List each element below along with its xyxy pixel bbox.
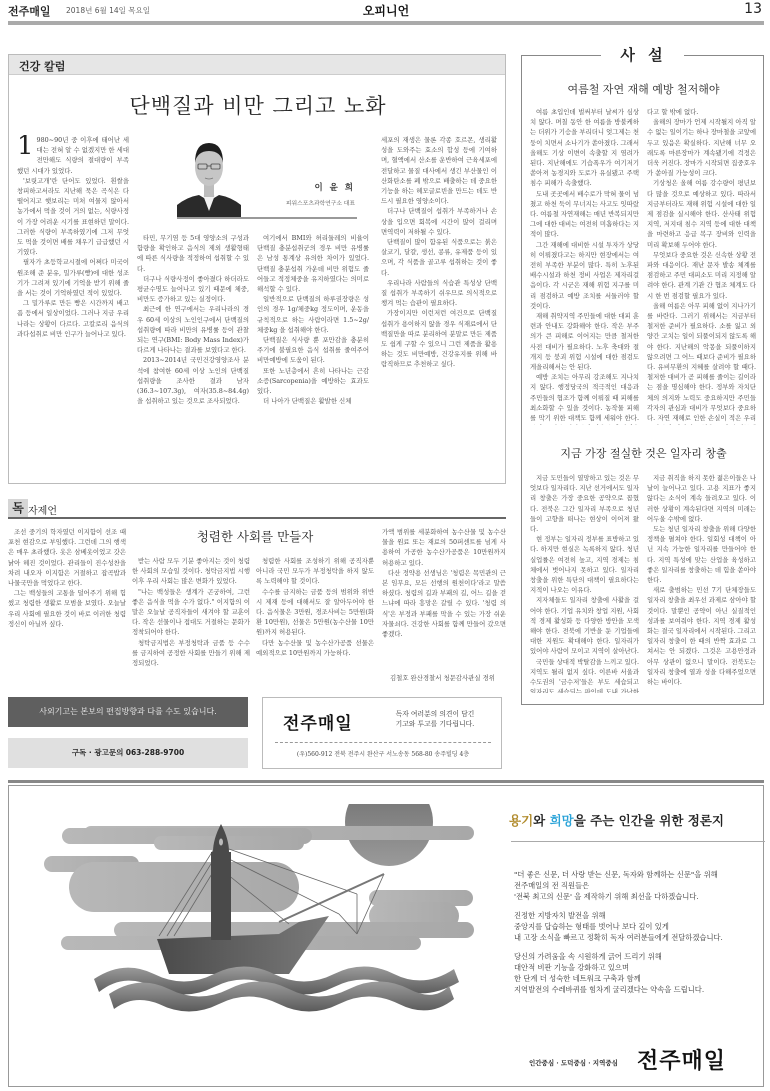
- ad-paragraph-1: "더 좋은 신문, 더 사랑 받는 신문, 독자와 함께하는 신문"을 위해 전…: [514, 869, 762, 902]
- ship-illustration: [39, 804, 499, 1034]
- contribution-divider: [275, 742, 491, 743]
- slogan-courage: 용기: [509, 813, 533, 828]
- contribution-logo: 전주매일: [283, 709, 353, 734]
- slogan-hope: 희망: [550, 813, 574, 828]
- contribution-message: 독자 여러분의 의견이 담긴 기고와 투고를 기다립니다.: [375, 709, 495, 729]
- reader-text-column-2: 받는 사람 모두 기분 좋아지는 것이 청렴한 사회의 모습일 것이다. 청탁금…: [132, 556, 250, 686]
- health-column: 건강 칼럼 단백질과 비만 그리고 노화 이 윤 희 피워스포츠과학연구소 대표…: [8, 54, 506, 484]
- ad-tagline: 인간중심 · 도덕중심 · 지역중심: [529, 1058, 618, 1067]
- ad-logo: 전주매일: [637, 1044, 726, 1075]
- page-number: 13: [744, 1, 762, 17]
- editorial-title-2: 지금 가장 절실한 것은 일자리 창출: [522, 445, 765, 461]
- reader-text-column-1: 조선 중기의 학자였던 이지함이 선조 때 포천 현감으로 부임했다. 그런데 …: [8, 527, 126, 687]
- masthead: 전주매일 2018년 6월 14일 목요일 오피니언 13: [8, 0, 764, 22]
- editorial-label: 사 설: [522, 44, 765, 65]
- health-text-column-1: 1 980~90년 중 이후에 태어난 세대는 전혀 알 수 없겠지만 한 세대…: [17, 135, 129, 480]
- author-role: 피워스포츠과학연구소 대표: [269, 198, 355, 207]
- ad-paragraph-2: 진정한 지방자치 발전을 위해 중앙지를 답습하는 형태를 벗어나 보다 깊이 …: [514, 910, 762, 943]
- contribution-box: 전주매일 독자 여러분의 의견이 담긴 기고와 투고를 기다립니다. (우)56…: [262, 697, 502, 769]
- subscription-banner: 구독 · 광고문의 063-288-9700: [8, 738, 248, 768]
- disclaimer-banner: 사외기고는 본보의 편집방향과 다를 수도 있습니다.: [8, 697, 248, 727]
- health-text-column-3: 여기에서 BMI와 허리둘레의 비율이 단백질 충분섭취군의 경우 비만 유병률…: [257, 233, 369, 478]
- house-advertisement: 용기와 희망을 주는 인간을 위한 정론지 "더 좋은 신문, 더 사랑 받는 …: [8, 785, 764, 1087]
- reader-text-column-4: 가액 범위를 세분화하여 농수산물 및 농수산물을 원료 또는 재료의 50퍼센…: [382, 527, 506, 669]
- slogan-divider: [511, 841, 765, 842]
- editorial-2-column-1: 지금 도민들이 열망하고 있는 것은 무엇보다 일자리다. 지난 선거에서도 일…: [530, 473, 639, 693]
- health-text-column-4: 세포의 재생은 물론 각종 호르몬, 생리활성을 도와주는 효소의 합성 등에 …: [381, 135, 497, 480]
- section-divider: [8, 780, 764, 783]
- section-title: 오피니언: [8, 2, 764, 19]
- subscription-phone: 063-288-9700: [126, 748, 184, 757]
- drop-cap: 1: [17, 135, 34, 157]
- reader-text-column-3: 청렴한 사회를 조성하기 위해 공직자뿐 아니라 국민 모두가 부정청탁을 하지…: [256, 556, 374, 686]
- health-text-column-2: 타민, 무기염 등 5대 영양소의 구성과 함량을 확인하고 음식의 제외 생활…: [137, 233, 249, 478]
- editorial-box: 사 설 여름철 자연 재해 예방 철저해야 여름 초입인데 벌써부터 날씨가 심…: [521, 55, 764, 705]
- reader-column-title: 청렴한 사회를 만들자: [130, 527, 380, 545]
- reader-column-header: 독 자제언: [8, 497, 506, 519]
- ad-slogan: 용기와 희망을 주는 인간을 위한 정론지: [509, 811, 724, 829]
- reader-label-highlight: 독: [8, 499, 28, 517]
- editorial-title-1: 여름철 자연 재해 예방 철저해야: [522, 81, 765, 97]
- masthead-rule: [8, 21, 764, 25]
- health-column-label: 건강 칼럼: [9, 55, 505, 75]
- contribution-address: (우)560-912 전북 전주시 완산구 서노송동 568-80 송주빌딩 4…: [263, 749, 503, 758]
- editorial-1-column-1: 여름 초입인데 벌써부터 날씨가 심상치 않다. 며칠 동안 한 여름을 방불케…: [530, 107, 639, 425]
- reader-label-rest: 자제언: [28, 502, 57, 517]
- byline-rule: [177, 217, 357, 219]
- health-column-title: 단백질과 비만 그리고 노화: [9, 90, 507, 120]
- ad-body-text: "더 좋은 신문, 더 사랑 받는 신문, 독자와 함께하는 신문"을 위해 전…: [514, 869, 762, 1003]
- ad-paragraph-3: 당신의 가려움을 속 시원하게 긁어 드리기 위해 대안적 비판 기능을 강화하…: [514, 951, 762, 995]
- author-photo: [177, 127, 241, 217]
- subscription-label: 구독 · 광고문의: [72, 748, 124, 757]
- editorial-2-column-2: 지금 취직을 하지 못한 젊은이들은 나날이 늘어나고 있다. 고용 지표가 좋…: [647, 473, 756, 693]
- author-name: 이 윤 희: [269, 181, 355, 193]
- editorial-1-column-2: 다고 할 밖에 없다. 올해의 장마가 언제 시작될지 아직 알 수 없는 일이…: [647, 107, 756, 425]
- reader-signature: 김철호 완산경찰서 청문감사관실 경위: [390, 673, 506, 685]
